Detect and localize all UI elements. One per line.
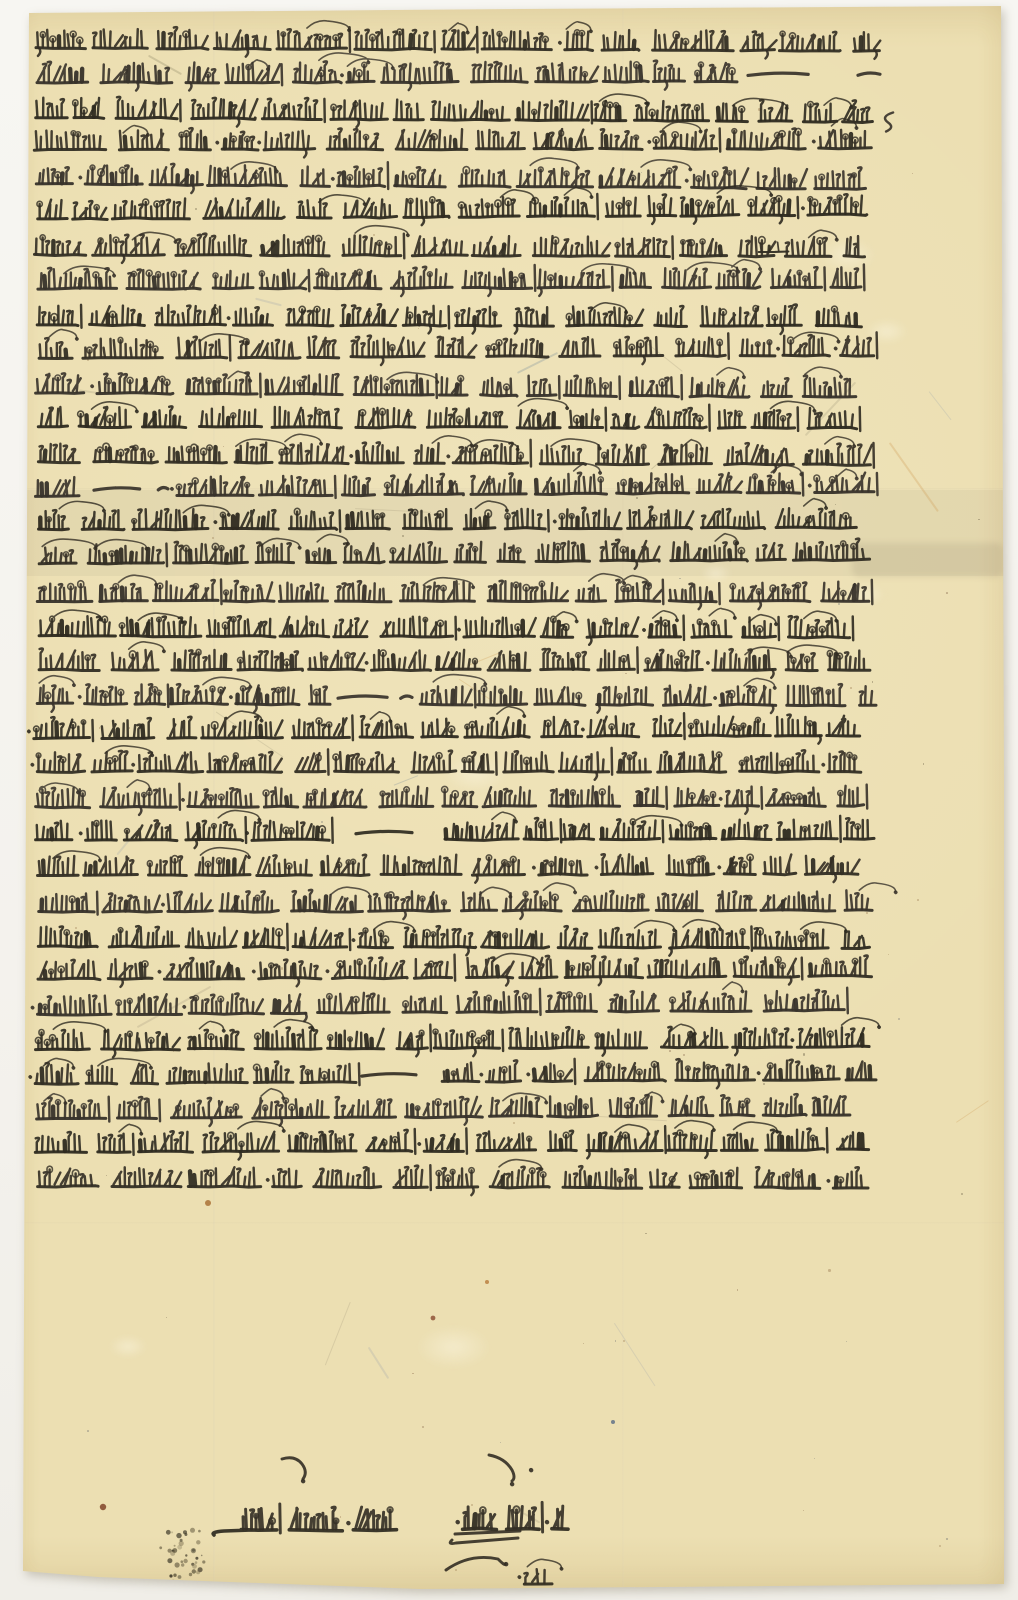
paper-dot (431, 1316, 436, 1321)
paper-fiber (889, 442, 939, 511)
ink-stroke (36, 183, 865, 189)
paper-speck (680, 523, 681, 524)
paper-fiber (367, 1347, 389, 1379)
stain-speck (189, 1592, 193, 1596)
ink-stroke (40, 20, 795, 46)
stain-speck (195, 1593, 200, 1598)
paper-speck (737, 1289, 739, 1291)
ink-stroke (38, 1023, 864, 1057)
stain-speck (198, 1530, 201, 1533)
ink-stroke (39, 674, 831, 700)
ink-stroke (36, 838, 874, 841)
fold-crease-horizontal (24, 488, 1004, 490)
paper-speck (623, 1340, 625, 1342)
paper-speck (77, 283, 78, 284)
ink-stroke (62, 169, 790, 187)
stain-speck (159, 1546, 162, 1549)
stain-speck (183, 1559, 187, 1563)
paper-dot (205, 1200, 211, 1206)
ink-stroke (36, 47, 879, 52)
handwritten-line (38, 952, 872, 987)
paper-speck (321, 821, 323, 823)
paper-speck (735, 650, 736, 651)
ink-stroke (97, 434, 854, 460)
paper-speck (418, 328, 419, 329)
ink-stroke (36, 1057, 866, 1092)
ink-stroke (78, 398, 815, 424)
ink-stroke (338, 696, 412, 698)
stain-speck (202, 1560, 205, 1563)
ink-stroke (206, 52, 735, 77)
ink-stroke (37, 1114, 850, 1120)
ink-stroke (5, 463, 20, 864)
ink-stroke (51, 302, 837, 323)
paper-speck (417, 393, 419, 395)
ink-stroke (43, 1054, 820, 1080)
ink-stroke (81, 819, 682, 833)
ink-stroke (480, 1506, 520, 1514)
ink-stroke (114, 378, 830, 396)
stain-speck (167, 1558, 172, 1563)
handwritten-line (39, 607, 853, 645)
paper-speck (872, 681, 873, 682)
paper-speck (917, 899, 919, 901)
ink-stroke (37, 324, 861, 327)
ink-stroke (56, 720, 814, 737)
stain-speck (172, 1548, 177, 1553)
ink-stroke (74, 683, 775, 698)
ink-stroke (37, 25, 880, 58)
stain-speck (173, 1574, 176, 1577)
ink-stroke (175, 235, 836, 243)
ink-stroke (35, 1079, 876, 1085)
stain-speck (187, 1583, 189, 1585)
ink-stroke (760, 242, 779, 251)
stain-speck (181, 1560, 184, 1563)
stain-speck (179, 1541, 184, 1546)
handwritten-line (38, 259, 865, 296)
handwritten-line (39, 327, 877, 367)
ink-stain (159, 1528, 205, 1598)
ink-stroke (64, 919, 846, 944)
ink-stroke (36, 1125, 853, 1160)
ink-stroke (40, 647, 864, 677)
paper-fiber (805, 382, 856, 436)
handwritten-line (37, 52, 893, 133)
paper-speck (946, 592, 948, 594)
ink-stroke (92, 373, 841, 391)
ink-stroke (36, 127, 865, 158)
ink-stroke (163, 892, 896, 905)
paper-speck (749, 313, 751, 315)
handwritten-line (37, 185, 867, 227)
ink-stroke (33, 706, 812, 734)
ink-stroke (44, 272, 789, 287)
paper-speck (129, 727, 130, 728)
ink-stroke (105, 1027, 879, 1043)
handwritten-line (36, 91, 873, 130)
paper-speck (814, 1458, 815, 1459)
paper-speck (223, 446, 224, 447)
handwritten-line (36, 20, 880, 59)
ink-stroke (119, 1120, 815, 1147)
fold-crease-vertical (213, 8, 215, 1588)
paper-fiber (642, 339, 682, 371)
ink-stroke (100, 856, 720, 868)
paper-speck (939, 1545, 941, 1547)
ink-stroke (243, 1458, 390, 1533)
handwritten-line (37, 847, 859, 884)
paper-fiber (595, 1115, 666, 1121)
ink-stroke (356, 831, 412, 833)
ink-stroke (38, 1186, 868, 1189)
ink-stroke (39, 748, 855, 780)
ink-stroke (748, 73, 880, 76)
ink-stroke (37, 185, 859, 213)
paper-speck (115, 486, 116, 487)
ink-stroke (35, 1046, 869, 1050)
paper-speck (592, 380, 594, 382)
paper-speck (683, 1054, 685, 1056)
paper-fiber (355, 508, 431, 513)
paper-speck (173, 1051, 174, 1052)
paper-fiber (651, 455, 667, 469)
ink-stroke (38, 946, 869, 949)
handwritten-line (36, 809, 874, 848)
paper-speck (583, 1343, 584, 1344)
paper-speck (961, 1193, 963, 1195)
paper-speck (68, 218, 69, 219)
ink-stroke (42, 478, 784, 496)
ink-stroke (70, 66, 641, 82)
stain-speck (191, 1591, 196, 1596)
ink-stroke (43, 858, 842, 874)
paper-fiber (929, 391, 952, 420)
ink-stroke (362, 1074, 416, 1077)
paper-dot (100, 1504, 106, 1510)
paper-speck (758, 108, 760, 110)
ink-stroke (458, 1470, 548, 1564)
ink-stroke (38, 286, 861, 289)
ink-stroke (37, 771, 861, 773)
ink-stroke (36, 392, 856, 398)
stain-speck (184, 1533, 187, 1536)
stain-speck (195, 1561, 198, 1564)
ink-stroke (159, 963, 538, 972)
ink-stroke (42, 1064, 870, 1083)
paper-speck (610, 119, 612, 121)
handwritten-line (32, 746, 861, 780)
ink-stroke (53, 1099, 819, 1118)
stain-speck (174, 1545, 176, 1547)
handwritten-line (37, 674, 876, 713)
handwritten-line (35, 462, 877, 500)
paper-light-patch (846, 583, 885, 606)
ink-stroke (190, 1171, 837, 1186)
ink-stroke (35, 491, 873, 497)
paper-speck (613, 869, 614, 870)
paper-speck (87, 358, 89, 360)
handwritten-line (34, 225, 864, 264)
ink-stroke (45, 961, 811, 979)
ink-stroke (29, 716, 583, 732)
ink-stroke (364, 195, 803, 211)
ink-stroke (32, 991, 742, 1008)
paper-speck (75, 927, 77, 929)
scanned-document (0, 0, 1018, 1600)
handwritten-line (36, 779, 868, 815)
ink-stroke (37, 816, 868, 849)
paper-speck (373, 234, 375, 236)
ink-stroke (463, 1528, 568, 1529)
ink-stroke (42, 532, 856, 558)
ink-stroke (37, 371, 850, 400)
paper-speck (412, 1373, 414, 1375)
ink-stroke (219, 757, 670, 771)
stain-speck (178, 1575, 182, 1579)
signature-right (446, 1455, 568, 1584)
paper-light-patch (416, 1325, 491, 1370)
ink-stroke (41, 264, 865, 296)
paper-speck (803, 1053, 805, 1055)
stain-speck (189, 1573, 192, 1576)
stain-speck (192, 1569, 196, 1573)
stain-speck (169, 1574, 172, 1577)
ink-stroke (38, 426, 856, 429)
handwritten-line (38, 499, 856, 533)
ink-stroke (101, 586, 855, 601)
ink-stroke (349, 30, 591, 43)
paper-speck (106, 1175, 107, 1176)
paper-speck (615, 1340, 617, 1342)
stain-speck (195, 1557, 198, 1560)
paper-speck (402, 535, 404, 537)
ink-stroke (30, 1064, 759, 1077)
paper-speck (419, 84, 420, 85)
ink-stroke (69, 882, 895, 908)
ink-stroke (64, 259, 808, 283)
paper-speck (516, 1177, 518, 1179)
interlinear-insertion (759, 242, 789, 252)
ink-stroke (46, 506, 851, 532)
handwritten-line (38, 433, 874, 472)
stain-speck (172, 1550, 174, 1552)
ink-stroke (39, 559, 869, 565)
stain-speck (163, 1582, 168, 1587)
ink-stroke (44, 1086, 750, 1114)
ink-stroke (254, 1507, 393, 1524)
paper-speck (850, 687, 852, 689)
ink-stroke (40, 193, 862, 228)
ink-stroke (268, 1168, 829, 1180)
stain-speck (180, 1539, 183, 1542)
paper-speck (866, 912, 868, 914)
ink-stroke (647, 104, 851, 109)
handwritten-line (38, 1159, 868, 1196)
margin-marks (5, 463, 20, 864)
paper-speck (188, 1072, 190, 1074)
ink-stroke (286, 790, 805, 805)
paper-speck (946, 1538, 947, 1539)
paper-speck (195, 208, 197, 210)
paper-speck (803, 1510, 804, 1511)
paper-speck (636, 497, 638, 499)
ink-stroke (62, 620, 744, 636)
ink-stroke (40, 683, 872, 713)
handwritten-line (39, 642, 870, 678)
ink-stroke (104, 508, 826, 522)
paper-fiber (523, 1513, 541, 1524)
ink-stroke (87, 412, 766, 426)
ink-stroke (38, 975, 872, 979)
paper-light-patch (865, 319, 908, 345)
ink-stroke (40, 996, 796, 1014)
paper-speck (339, 522, 340, 523)
stain-speck (175, 1562, 180, 1567)
ink-stroke (38, 214, 867, 220)
handwritten-line (36, 363, 856, 400)
paper-speck (212, 537, 214, 539)
ink-stroke (66, 341, 542, 358)
paper-speck (184, 289, 186, 291)
ink-stroke (80, 165, 690, 181)
ink-stroke (39, 779, 843, 803)
paper-speck (625, 673, 627, 675)
paper-speck (645, 102, 646, 103)
ink-stroke (286, 444, 854, 458)
paper-speck (828, 1269, 830, 1271)
paper-speck (912, 173, 913, 174)
paper-fiber (536, 270, 560, 289)
ink-stroke (40, 953, 867, 987)
ink-stroke (47, 1159, 844, 1183)
ink-stroke (125, 134, 851, 149)
paper-fiber (79, 389, 103, 394)
ink-stroke (78, 788, 721, 800)
paper-light-patch (443, 754, 508, 793)
ink-stroke (47, 499, 849, 524)
ink-stroke (141, 1129, 777, 1145)
ink-stroke (40, 225, 837, 250)
paper-speck (541, 186, 543, 188)
ink-stroke (50, 607, 837, 633)
ink-stroke (527, 1559, 561, 1567)
stain-speck (196, 1570, 200, 1574)
ink-stroke (39, 909, 872, 912)
ink-stroke (524, 1569, 544, 1583)
stain-speck (172, 1550, 175, 1553)
ink-stroke (353, 928, 846, 941)
stain-speck (176, 1533, 181, 1538)
paper-speck (669, 1050, 671, 1052)
ink-stroke (32, 755, 823, 765)
stain-speck (176, 1592, 181, 1597)
ink-stroke (42, 896, 805, 911)
ink-stroke (172, 471, 857, 489)
stain-speck (168, 1549, 172, 1553)
paper-fiber (325, 1302, 351, 1366)
ink-stroke (213, 1530, 396, 1535)
ink-stroke (34, 735, 860, 739)
ink-stroke (37, 600, 869, 602)
stain-speck (201, 1555, 203, 1557)
ink-stroke (759, 252, 789, 253)
stain-speck (177, 1545, 182, 1550)
paper-speck (422, 1426, 424, 1428)
ink-stroke (95, 542, 737, 550)
ink-stroke (163, 1032, 862, 1049)
stain-speck (190, 1528, 195, 1533)
paper-fiber (394, 775, 418, 785)
ink-stroke (94, 488, 168, 491)
paper-speck (458, 583, 460, 585)
ink-stroke (37, 81, 737, 84)
ink-stroke (77, 336, 839, 351)
signature-left (213, 1458, 396, 1535)
ink-stroke (114, 269, 760, 276)
ink-stroke (36, 713, 854, 747)
handwritten-line (39, 532, 870, 572)
handwritten-line (35, 1119, 868, 1160)
stain-speck (196, 1540, 200, 1544)
fold-crease-horizontal (24, 1222, 1004, 1224)
ink-stroke (49, 327, 838, 354)
paper-speck (679, 578, 681, 580)
ink-stroke (36, 233, 858, 264)
paper-speck (923, 763, 924, 764)
paper-speck (888, 954, 889, 955)
ink-stroke (34, 254, 864, 257)
stain-speck (198, 1567, 203, 1572)
paper-speck (978, 519, 979, 520)
paper-fiber (137, 986, 211, 1028)
paper-speck (645, 1233, 647, 1235)
handwritten-line (29, 705, 860, 746)
ink-stroke (446, 1455, 563, 1570)
paper-light-patch (700, 564, 731, 583)
ink-stroke (37, 873, 857, 876)
stain-speck (166, 1530, 171, 1535)
ink-stroke (39, 303, 850, 334)
manuscript-paper (0, 0, 1018, 1600)
paper-speck (281, 967, 283, 969)
ink-stroke (137, 407, 815, 412)
paper-fiber (517, 352, 558, 374)
paper-speck (846, 1341, 847, 1342)
ink-stroke (36, 96, 869, 130)
paper-fiber (148, 55, 182, 75)
ink-stroke (45, 987, 848, 1022)
paper-speck (340, 1516, 341, 1517)
handwritten-line (37, 574, 872, 609)
ink-stroke (71, 119, 858, 145)
stain-speck (191, 1563, 194, 1566)
ink-stroke (40, 332, 878, 366)
ink-stroke (164, 651, 838, 663)
handwritten-line (34, 118, 871, 157)
ink-stroke (101, 617, 837, 631)
ink-stroke (171, 689, 723, 704)
paper-speck (455, 1569, 457, 1571)
paper-speck (679, 312, 680, 313)
ink-stroke (35, 1018, 879, 1046)
ink-stroke (94, 103, 719, 120)
paper-speck (641, 172, 642, 173)
paper-speck (500, 1442, 502, 1444)
paper-speck (166, 1317, 167, 1318)
colored-dots (100, 1200, 615, 1510)
ink-stroke (519, 1569, 561, 1578)
